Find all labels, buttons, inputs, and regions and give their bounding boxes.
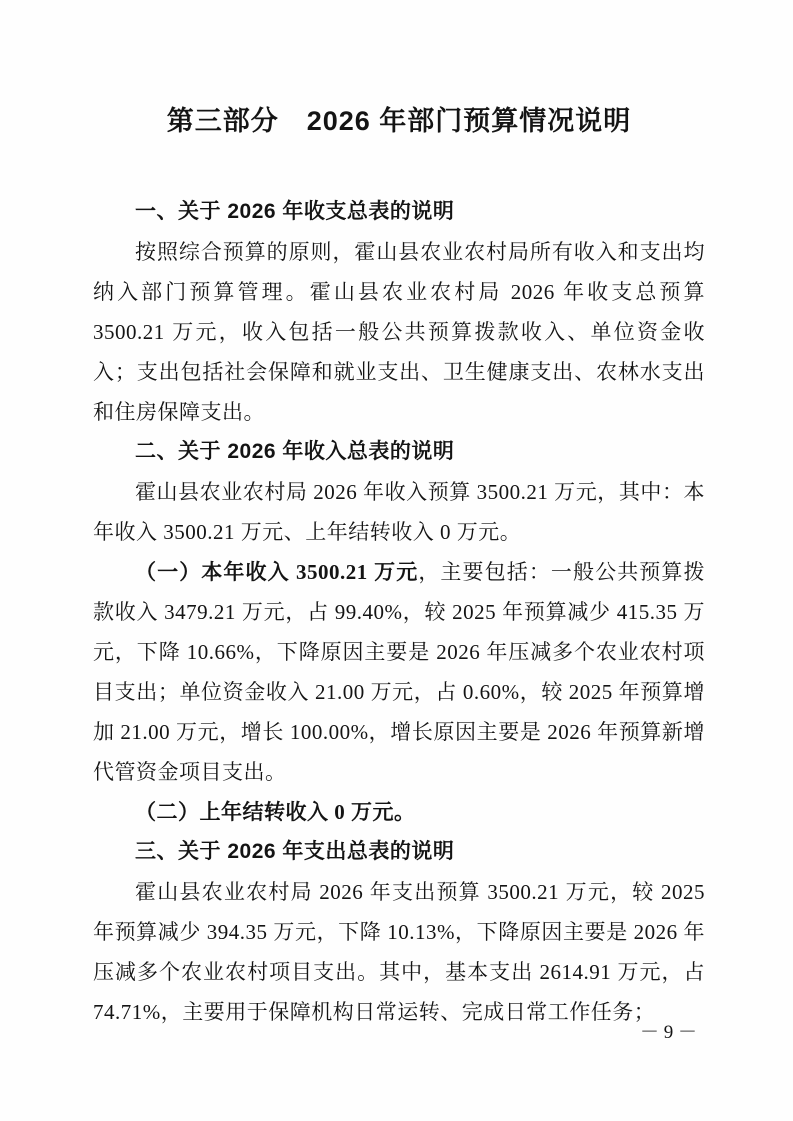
section-1-heading: 一、关于 2026 年收支总表的说明 xyxy=(93,192,705,232)
document-page: 第三部分 2026 年部门预算情况说明 一、关于 2026 年收支总表的说明 按… xyxy=(0,0,793,1121)
document-content: 第三部分 2026 年部门预算情况说明 一、关于 2026 年收支总表的说明 按… xyxy=(93,105,705,1032)
section-2-heading: 二、关于 2026 年收入总表的说明 xyxy=(93,432,705,472)
income-item-1-lead: （一）本年收入 3500.21 万元 xyxy=(135,560,418,584)
income-item-1-body: ，主要包括：一般公共预算拨款收入 3479.21 万元，占 99.40%，较 2… xyxy=(93,560,705,784)
section-2-paragraph-carryover-income: （二）上年结转收入 0 万元。 xyxy=(93,792,705,832)
section-2-paragraph-current-year-income: （一）本年收入 3500.21 万元，主要包括：一般公共预算拨款收入 3479.… xyxy=(93,552,705,792)
section-1-paragraph-overview: 按照综合预算的原则，霍山县农业农村局所有收入和支出均纳入部门预算管理。霍山县农业… xyxy=(93,232,705,432)
document-title: 第三部分 2026 年部门预算情况说明 xyxy=(93,105,705,137)
section-3-paragraph-expenditure-total: 霍山县农业农村局 2026 年支出预算 3500.21 万元，较 2025 年预… xyxy=(93,872,705,1032)
section-3-heading: 三、关于 2026 年支出总表的说明 xyxy=(93,832,705,872)
income-item-2-lead: （二）上年结转收入 0 万元。 xyxy=(135,800,416,824)
page-number: － 9 － xyxy=(640,1022,697,1044)
section-2-paragraph-income-total: 霍山县农业农村局 2026 年收入预算 3500.21 万元，其中：本年收入 3… xyxy=(93,472,705,552)
